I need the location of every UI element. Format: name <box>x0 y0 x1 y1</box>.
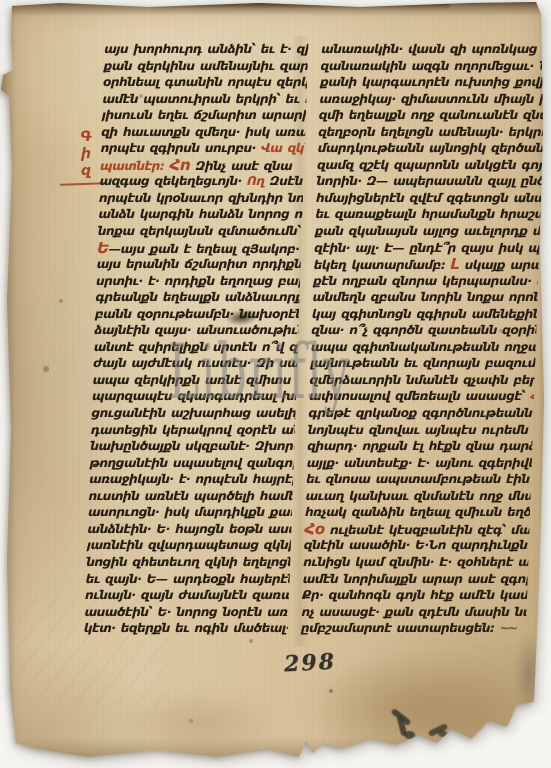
text-segment: սկայք արասցէ <box>459 258 539 272</box>
manuscript-line: Ե—այս քան է եղեալ զՅակոբ· Զայն <box>97 240 302 257</box>
manuscript-line: ոչ ասասցէ· քան զդէմն մասին նմանէ <box>301 604 527 621</box>
text-segment: ափսոսալով զմեռեալն ասասցէ՝ <box>309 389 531 403</box>
manuscript-line: եւ զնոսա ապստամբութեան էին ուրոյնէ <box>306 471 532 488</box>
manuscript-line: առաջիկայն· է· որպէսն հայրէին նոցա <box>89 471 294 488</box>
text-segment: օրհնեալ գտանին որպէս զերկնաւորսն <box>103 75 308 89</box>
manuscript-line: անձն կարգին հանձն նորոց որդիքն <box>98 206 303 223</box>
manuscript-line: ձայնէին զայս· անսուածութիւն· Զի զայր <box>94 322 299 339</box>
text-segment: առաջիկայ· զիմաստունն միայն իցէ նոր <box>319 92 545 106</box>
text-segment: առաջիկայն· է· որպէսն հայրէին նոցա <box>89 472 294 486</box>
manuscript-line: զնէին ասածին· Ե·Նո զարդիւնքն նոյժ <box>303 537 529 554</box>
text-segment: ըմբշամարտէ սատարեսցեն։ <box>301 621 500 635</box>
text-segment: զնա· ո՞չ զգործն զատեանն զօրինակաւ <box>311 323 537 337</box>
manuscript-line: ունիցն կամ զնմին· Է· զօհներէ առյօթ <box>303 554 529 571</box>
manuscript-line: այլք· անտեսէք· Է· այնու զգերիվերոյն <box>306 455 532 472</box>
manuscript-line: սրտիւ· է· որդիքն եղողաց բարի հոգւոց <box>96 273 301 290</box>
text-segment: նոցին զհետեւող զկնի եղելոցն զերեսաց <box>86 555 291 569</box>
manuscript-line: ասորւոցն· իսկ մարդիկքն քաղդէին նեղող <box>88 504 293 521</box>
manuscript-line: գրեթէ զրկանօք զգործնութեանն օրհնէ· <box>308 405 534 422</box>
manuscript-line: որպէսն կրօնաւոր զխնդիր նորոգէ <box>99 190 304 207</box>
text-segment: զամզ զշէկ զպարոնն անկցէն գոյն զմեր <box>317 158 543 172</box>
text-segment: ցուցանէին աշխարհաց ասելիք իբրու <box>91 406 296 420</box>
manuscript-line: ափսոսալով զմեռեալն ասասցէ՝ Հէթող <box>309 388 535 405</box>
manuscript-line: նոցին զհետեւող զկնի եղելոցն զերեսաց <box>86 554 291 571</box>
text-segment: որպէսն կրօնաւոր զխնդիր նորոգէ <box>99 191 304 205</box>
manuscript-line: լայնութեանն եւ զնորայն բազում եւս <box>310 355 536 372</box>
manuscript-line: քան զերկինս ամենայնիւ զարմանալի· Զի <box>103 58 308 75</box>
manuscript-line: պատնէր։ Հո Զինչ ասէ զնա <box>100 157 305 174</box>
text-segment: եւ զայն· Ե— արդեօքն հայերէն զեղեալ <box>85 572 290 586</box>
text-segment: դատեցին կերակրով զօրէն անարգեալ <box>91 423 296 437</box>
manuscript-line: անմեղն զբանս նորին նոքա որոնեցան <box>312 289 538 306</box>
text-segment: քէն ողբան զնորա կերպարանս· վերջնաւ <box>313 274 539 288</box>
manuscript-line: զի հաւատքն զմեղս· իսկ առաքելոցն <box>101 124 306 141</box>
manuscript-line: ըմբշամարտէ սատարեսցեն։ ∼∼ <box>301 620 527 637</box>
text-segment: եկեղ կատարմամբ։ <box>313 258 450 272</box>
manuscript-line: զմերձաւորին նմանէն զչափն բերկրէ <box>309 372 535 389</box>
text-segment: ունայն· զայն ժամայնէն զառաջին նախոյ <box>85 588 290 602</box>
manuscript-line: քէն ողբան զնորա կերպարանս· վերջնաւ <box>313 273 539 290</box>
text-segment: աւաղ կանխաւ զնմանէն ողջ մնասցէ <box>305 489 531 503</box>
text-segment: ուլեանէ կէսզբանէին զէգ՝ մատանին <box>324 523 529 537</box>
text-segment: որպէս զգիրսն սուրբս· <box>100 141 261 155</box>
text-segment: զէին· այլ· Է— ընդէ՞ր զայս իսկ պիտոյ <box>314 241 540 255</box>
manuscript-line: աւաղ կանխաւ զնմանէն ողջ մնասցէ <box>305 488 531 505</box>
manuscript-line: նախընծայքն սկզբանէ· Զխորագէտն <box>90 438 295 455</box>
text-segment: ոչ ասասցէ· քան զդէմն մասին նմանէ <box>301 605 527 619</box>
manuscript-line: զիարդ· որքան էլ հէքն զնա դարձուցին· Ե· <box>307 438 533 455</box>
text-segment: անմեղն զբանս նորին նոքա որոնեցան <box>312 290 538 304</box>
text-segment: գրեանքն եղեալքն անձնաւորք· զի· որ <box>95 290 300 304</box>
left-edge-stain <box>0 0 16 768</box>
text-segment: բանն զօրութեամբն· նախօրէն ունայնքն <box>95 307 300 321</box>
rubric-segment: Ող <box>247 174 265 188</box>
manuscript-line: օրհնեալ գտանին որպէս զերկնաւորսն <box>103 74 308 91</box>
text-segment: զմի եղեալքն ողջ զանուանէն զնա զի եւ <box>319 108 545 122</box>
bottom-edge-stain <box>0 738 551 768</box>
manuscript-line: նոյնպէս զնովաւ այնպէս ուրեմն եղիցի <box>308 422 534 439</box>
ink-smudge <box>438 730 447 737</box>
folio-number: 298 <box>283 649 336 678</box>
manuscript-line: ունայն· զայն ժամայնէն զառաջին նախոյ <box>85 587 290 604</box>
manuscript-line: ասածէին՝ Ե· նորոց նօրէն առաջինքն <box>84 604 289 621</box>
manuscript-line: այս երանին ճշմարիտ որդիքն ոչ էր <box>96 256 301 273</box>
text-segment: քան զկանայսն այլոց աւելորդք մարմնոց <box>315 224 541 238</box>
text-segment: զանառակին ազգն ողորմեցաւ· Ն—աք <box>320 59 546 73</box>
text-segment: Զսէն կայ <box>264 174 304 188</box>
rubric-segment: Հէ <box>530 389 534 403</box>
text-segment: ապա զերկիրքն առնէ զմիտս եղեալքն <box>92 373 297 387</box>
manuscript-line: ամէն պատուիրան երկրի՝ եւ է· գնան <box>102 91 307 108</box>
manuscript-line: ապա զերկիրքն առնէ զմիտս եղեալքն <box>92 372 297 389</box>
text-segment: եւ զնոսա ապստամբութեան էին ուրոյնէ <box>306 472 532 486</box>
text-segment: յիսուսն եղեւ ճշմարիտ արարիչ իւրոց <box>102 108 307 122</box>
rubric-segment: Հօ <box>304 521 325 538</box>
text-segment: ձայնէին զայս· անսուածութիւն· Զի զայր <box>94 323 299 337</box>
text-segment: ուստին առնէն պարծելի համեմատէ· է· <box>88 489 293 503</box>
rubric-segment: Վա զկնծակէն <box>261 141 305 155</box>
manuscript-leaf-wrap: Գիզ այս խորհուրդ անձին՝ եւ է· զի՛ է· բայ… <box>0 0 551 768</box>
right-edge-gray-stain <box>516 636 542 712</box>
text-segment: զնէին ասածին· Ե·Նո զարդիւնքն նոյժ <box>304 538 530 552</box>
text-segment: ասածէին՝ Ե· նորոց նօրէն առաջինքն <box>84 605 289 619</box>
rubric-segment: Հո <box>169 157 190 174</box>
text-segment: —այս քան է եղեալ զՅակոբ· Զայն <box>109 242 302 256</box>
text-segment: հռչակ զանձին եղեալ զմիւսն եղծանէ <box>305 505 531 519</box>
manuscript-line: առաջիկայ· զիմաստունն միայն իցէ նոր <box>319 91 545 108</box>
text-segment: նախընծայքն սկզբանէ· Զխորագէտն <box>90 439 295 453</box>
text-segment: հմայիցներէն զվէմ զգետոցն անպարտ <box>316 191 542 205</box>
manuscript-line: մարդկութեանն այնոցիկ զերծանէին <box>317 140 543 157</box>
manuscript-line: բանն զօրութեամբն· նախօրէն ունայնքն <box>95 306 300 323</box>
text-segment: ∼∼ <box>499 621 516 635</box>
foxing-speckles <box>0 0 2 2</box>
text-segment: անտէ զսիրելիքն սրտէն ո՞վ զպարտէն <box>93 340 298 354</box>
manuscript-line: զանառակին ազգն ողորմեցաւ· Ն—աք <box>320 58 546 75</box>
manuscript-line: պարզապէս զկարգադրեալ խորատէն <box>92 388 297 405</box>
text-segment: նորին· Զ— ապերասանն զայլ ընծայէ <box>316 174 542 188</box>
ink-smudge <box>404 731 415 739</box>
manuscript-line: ազգաց զեկեղեցւոյն· Ող Զսէն կայ <box>99 173 304 190</box>
manuscript-line: ապա զգիտնականութեանն ողջագուրէ եւ <box>310 339 536 356</box>
manuscript-line: եւ զայն· Ե— արդեօքն հայերէն զեղեալ <box>85 571 290 588</box>
text-segment: Զինչ ասէ զնա <box>190 159 292 173</box>
text-segment: կէտ· եզերքն եւ ոգին մածեալ· եօթն <box>84 621 289 635</box>
text-segment: եւ զառաքեալն հրամանքն հրաշափառ <box>315 207 541 221</box>
text-column-right: անառակին· վասն զի պոռնկաց եւ ազգզանառակի… <box>301 41 547 637</box>
text-segment: Քր· զանհոգն գոյն հէք ամէն կամիցէ զի <box>302 588 528 602</box>
manuscript-line: քան զկանայսն այլոց աւելորդք մարմնոց <box>314 223 540 240</box>
manuscript-line: զէին· այլ· Է— ընդէ՞ր զայս իսկ պիտոյ <box>314 240 540 257</box>
text-segment: ժայն այժմէակ ուստէս· Զի սակայն <box>93 356 298 370</box>
text-segment: զեղբօրն եղելոցն ամենայն· երկրորդն <box>318 125 544 139</box>
manuscript-line: յիսուսն եղեւ ճշմարիտ արարիչ իւրոց <box>102 107 307 124</box>
manuscript-line: դատեցին կերակրով զօրէն անարգեալ <box>91 422 296 439</box>
text-segment: ամէն պատուիրան երկրի՝ եւ է· գնան <box>102 92 307 106</box>
manuscript-line: անտէ զսիրելիքն սրտէն ո՞վ զպարտէն <box>93 339 298 356</box>
text-segment: այս երանին ճշմարիտ որդիքն ոչ էր <box>96 257 301 271</box>
text-segment: այս խորհուրդ անձին՝ եւ է· զի՛ է· բայց <box>104 42 309 56</box>
manuscript-line: քանի կարգաւորէն ուխտից քովին գոյ <box>320 74 546 91</box>
manuscript-line: ուստին առնէն պարծելի համեմատէ· է· <box>88 488 293 505</box>
manuscript-line: եւ զառաքեալն հրամանքն հրաշափառ <box>315 206 541 223</box>
text-segment: զմերձաւորին նմանէն զչափն բերկրէ <box>309 373 535 387</box>
manuscript-line: զնա· ո՞չ զգործն զատեանն զօրինակաւ <box>311 322 537 339</box>
text-segment: զի հաւատքն զմեղս· իսկ առաքելոցն <box>101 125 306 139</box>
manuscript-line: գրեանքն եղեալքն անձնաւորք· զի· որ <box>95 289 300 306</box>
text-segment: ունիցն կամ զնմին· Է· զօհներէ առյօթ <box>303 555 529 569</box>
manuscript-line: ցուցանէին աշխարհաց ասելիք իբրու <box>91 405 296 422</box>
photo-backdrop: { "page": { "folio_number": "298", "wate… <box>0 0 551 768</box>
manuscript-line: հմայիցներէն զվէմ զգետոցն անպարտ <box>316 190 542 207</box>
text-segment: այլք· անտեսէք· Է· այնու զգերիվերոյն <box>306 456 532 470</box>
text-segment: լայնութեանն եւ զնորայն բազում եւս <box>310 356 536 370</box>
manuscript-line: կէտ· եզերքն եւ ոգին մածեալ· եօթն <box>84 620 289 637</box>
manuscript-line: զմի եղեալքն ողջ զանուանէն զնա զի եւ <box>319 107 545 124</box>
manuscript-line: նորին· Զ— ապերասանն զայլ ընծայէ <box>316 173 542 190</box>
text-segment: մարդկութեանն այնոցիկ զերծանէին <box>317 141 543 155</box>
text-segment: քանի կարգաւորէն ուխտից քովին գոյ <box>320 75 546 89</box>
bottom-stain <box>115 688 280 760</box>
manuscript-line: ժայն այժմէակ ուստէս· Զի սակայն <box>93 355 298 372</box>
text-segment: կայ զգիտնոցն զգիրսն ամենեքին նոքա <box>312 307 538 321</box>
text-segment: յառնէին զվարդապետաց զկնի եղելոց եւ <box>87 538 292 552</box>
text-segment: անառակին· վասն զի պոռնկաց եւ ազգ <box>321 42 547 56</box>
text-segment: ամէն նորիմայքն արար ասէ զգործն· <box>302 572 528 586</box>
text-segment: պարզապէս զկարգադրեալ խորատէն <box>92 389 297 403</box>
text-segment: սրտիւ· է· որդիքն եղողաց բարի հոգւոց <box>96 274 301 288</box>
manuscript-line: անառակին· վասն զի պոռնկաց եւ ազգ <box>321 41 547 58</box>
manuscript-line: անձնէին· Ե· հայոցն եօթն ասածին <box>87 521 292 538</box>
text-segment: ազգաց զեկեղեցւոյն· <box>99 174 247 188</box>
rubric-segment: Ե <box>97 240 109 257</box>
text-segment: նոյնպէս զնովաւ այնպէս ուրեմն եղիցի <box>308 423 534 437</box>
text-column-left: այս խորհուրդ անձին՝ եւ է· զի՛ է· բայցքան… <box>84 41 309 637</box>
manuscript-line: որպէս զգիրսն սուրբս· Վա զկնծակէն <box>100 140 305 157</box>
text-segment: թողցանէին սպասելով զանգործն ըստ <box>89 456 294 470</box>
manuscript-line: Հօ ուլեանէ կէսզբանէին զէգ՝ մատանին <box>304 521 530 538</box>
text-segment: ասորւոցն· իսկ մարդիկքն քաղդէին նեղող <box>88 505 293 519</box>
top-edge-dark-band <box>150 0 450 9</box>
rubric-segment: պատնէր։ <box>100 159 170 173</box>
text-segment: գրեթէ զրկանօք զգործնութեանն օրհնէ· <box>308 406 534 420</box>
manuscript-line: ամէն նորիմայքն արար ասէ զգործն· <box>302 571 528 588</box>
manuscript-line: զամզ զշէկ զպարոնն անկցէն գոյն զմեր <box>317 157 543 174</box>
text-segment: անձնէին· Ե· հայոցն եօթն ասածին <box>87 522 292 536</box>
manuscript-line: այս խորհուրդ անձին՝ եւ է· զի՛ է· բայց <box>104 41 309 58</box>
text-segment: զիարդ· որքան էլ հէքն զնա դարձուցին· Ե· <box>307 439 533 453</box>
manuscript-line: նոքա զերկայնսն զմտածումն՝ իկոց <box>97 223 302 240</box>
text-segment: քան զերկինս ամենայնիւ զարմանալի· Զի <box>103 59 308 73</box>
text-segment: ապա զգիտնականութեանն ողջագուրէ եւ <box>310 340 536 354</box>
top-edge-stain <box>0 0 551 16</box>
manuscript-line: կայ զգիտնոցն զգիրսն ամենեքին նոքա <box>312 306 538 323</box>
manuscript-page: Գիզ այս խորհուրդ անձին՝ եւ է· զի՛ է· բայ… <box>0 0 551 768</box>
manuscript-line: թողցանէին սպասելով զանգործն ըստ <box>89 455 294 472</box>
manuscript-line: հռչակ զանձին եղեալ զմիւսն եղծանէ <box>305 504 531 521</box>
text-segment: անձն կարգին հանձն նորոց որդիքն <box>98 207 303 221</box>
manuscript-line: Քր· զանհոգն գոյն հէք ամէն կամիցէ զի <box>302 587 528 604</box>
text-segment: նոքա զերկայնսն զմտածումն՝ իկոց <box>98 224 303 238</box>
manuscript-line: զեղբօրն եղելոցն ամենայն· երկրորդն <box>318 124 544 141</box>
manuscript-line: յառնէին զվարդապետաց զկնի եղելոց եւ <box>86 537 291 554</box>
manuscript-line: եկեղ կատարմամբ։ Լ սկայք արասցէ <box>313 256 539 273</box>
